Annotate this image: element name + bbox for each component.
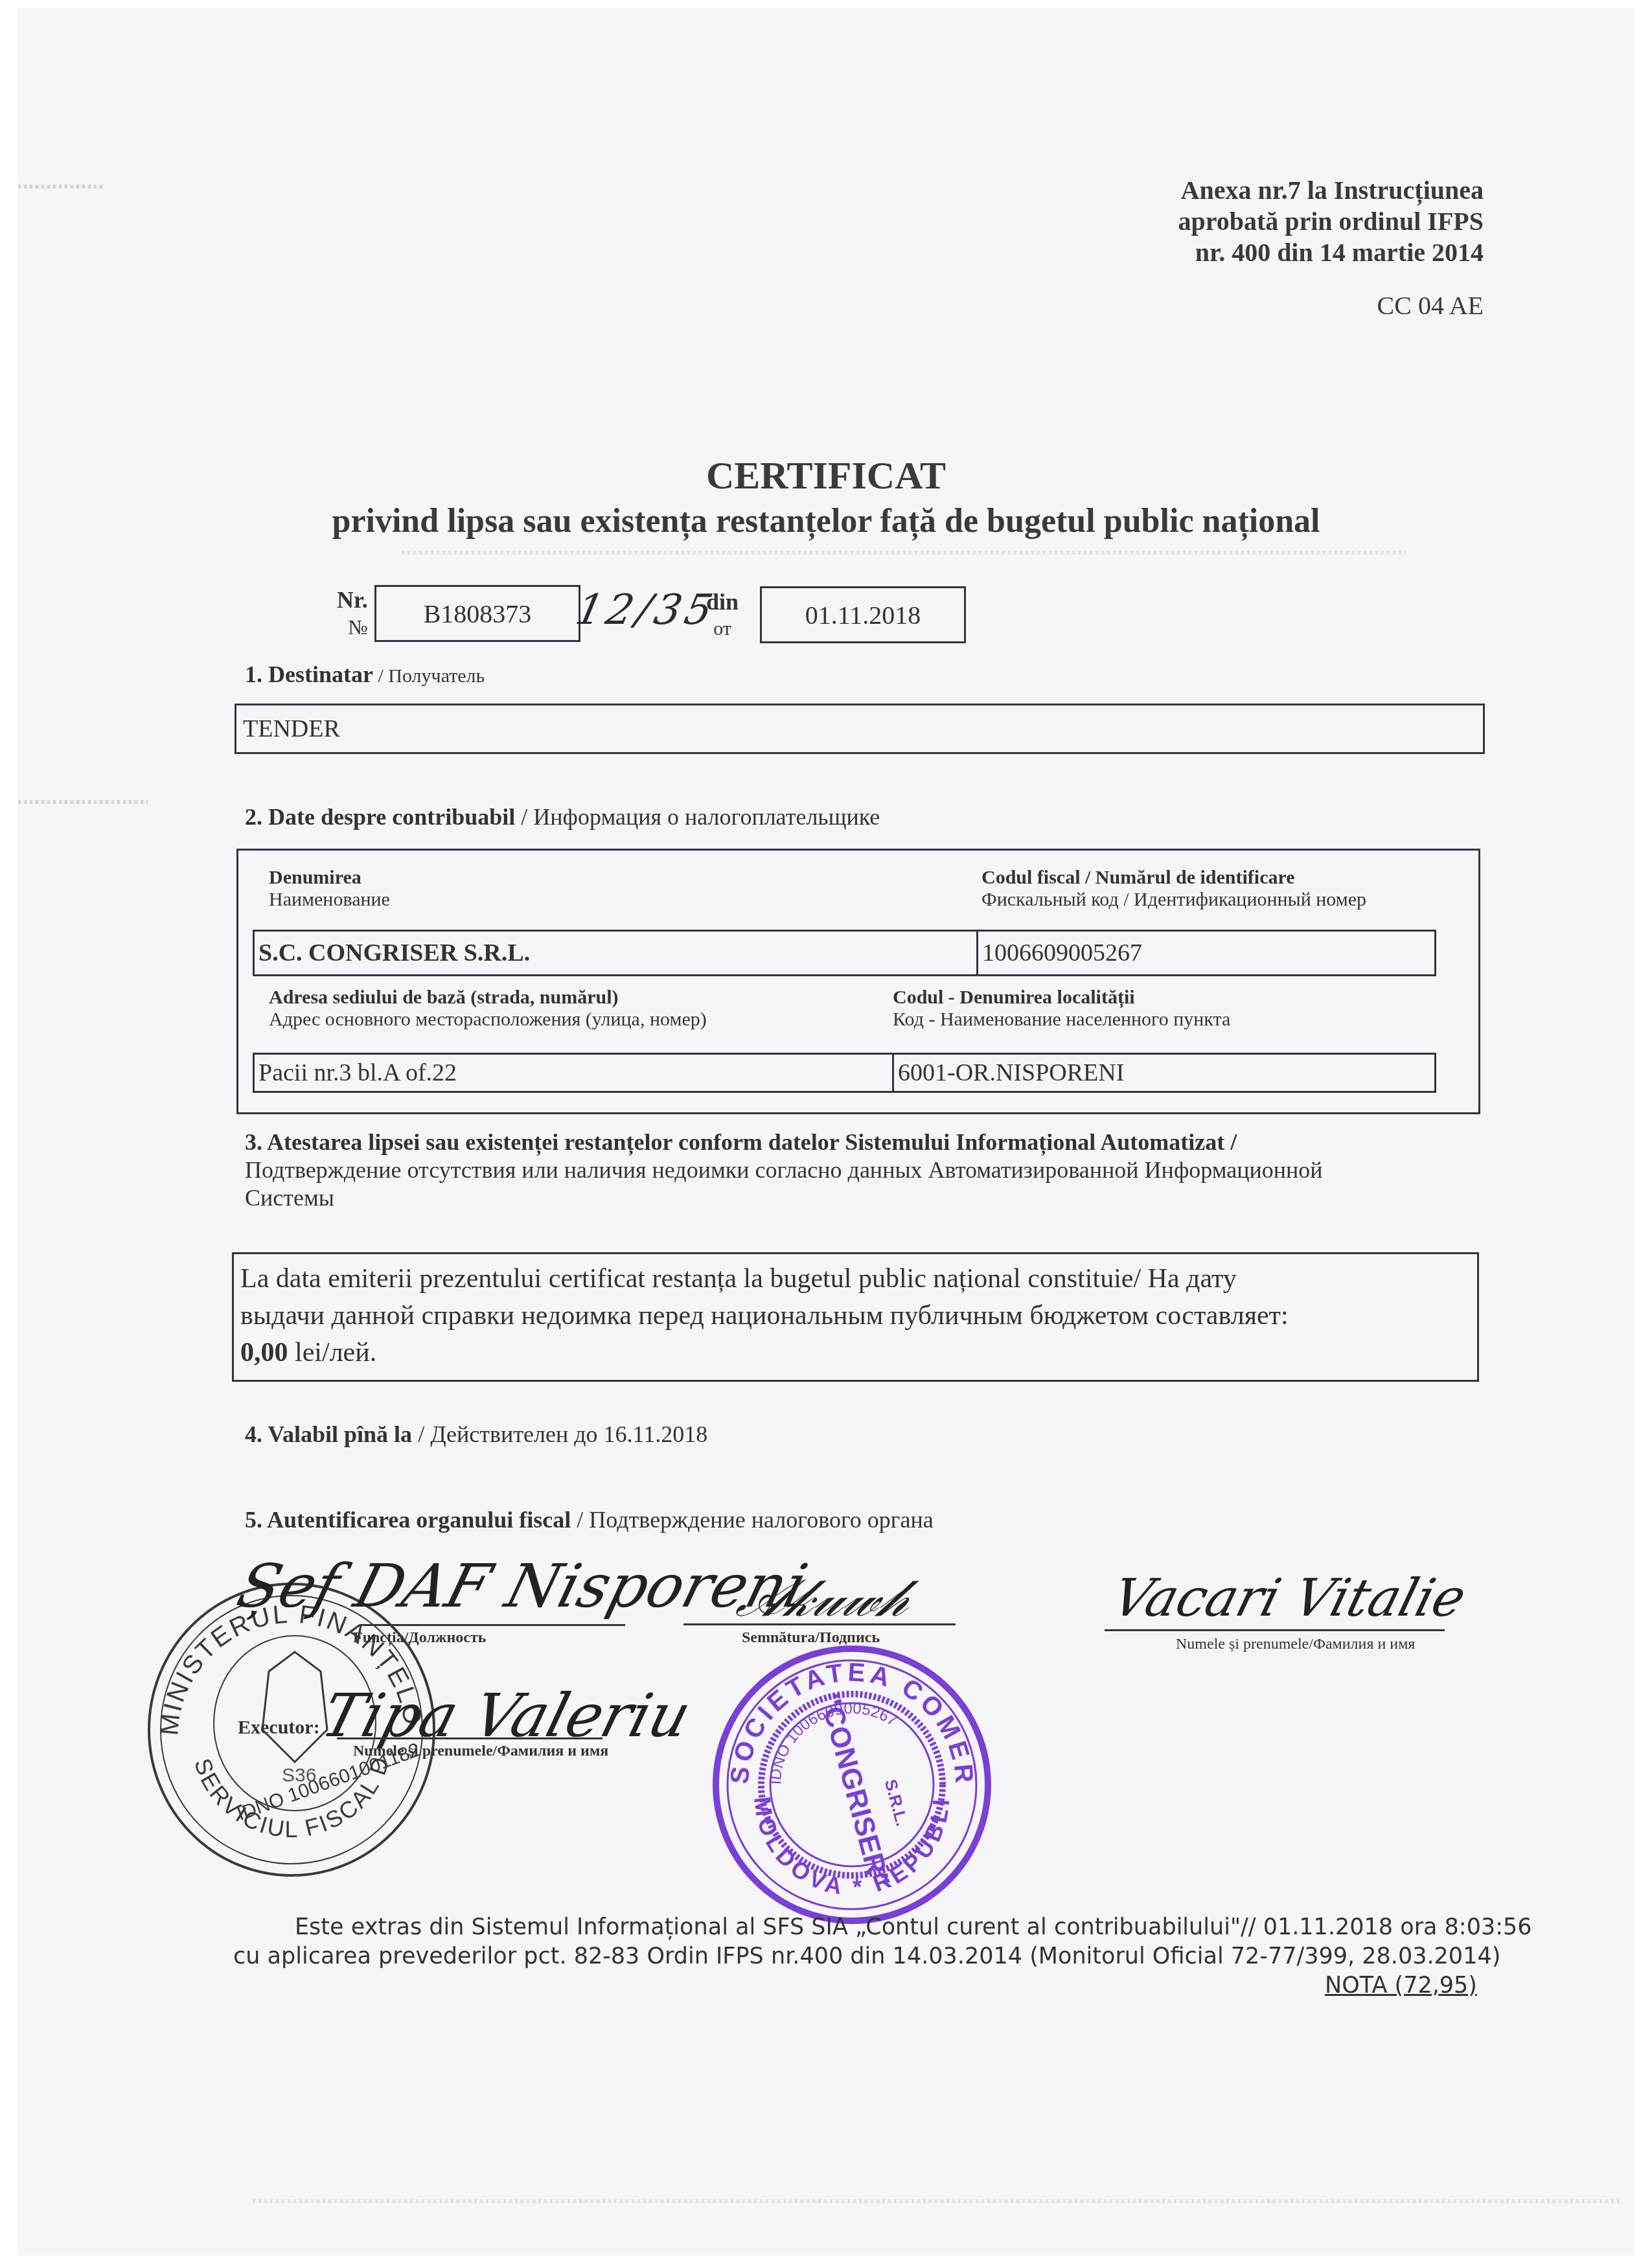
address-field: Pacii nr.3 bl.A of.22	[253, 1053, 894, 1093]
annex-line: nr. 400 din 14 martie 2014	[1030, 237, 1484, 268]
locality-label-ru: Код - Наименование населенного пункта	[893, 1009, 1230, 1030]
section-5-title-ru: / Подтверждение налогового органа	[571, 1507, 933, 1533]
handwritten-executor-name: Tipa Valeriu	[315, 1681, 698, 1750]
statement-line: La data emiterii prezentului certificat …	[240, 1261, 1471, 1298]
handwritten-name: Vacari Vitalie	[1107, 1568, 1473, 1628]
name-label-ro: Denumirea	[269, 867, 361, 888]
date-label-ro: din	[706, 588, 739, 615]
fiscal-code-label-ru: Фискальный код / Идентификационный номер	[981, 889, 1366, 910]
section-5-title-ro: 5. Autentificarea organului fiscal	[245, 1507, 571, 1533]
arrears-amount: 0,00 lei/лей.	[240, 1334, 1471, 1371]
document-subtitle: privind lipsa sau existența restanțelor …	[0, 502, 1652, 540]
function-caption: Funcția/Должность	[353, 1629, 486, 1647]
address-label-ru: Адрес основного месторасположения (улица…	[269, 1009, 707, 1030]
number-label-ru: №	[337, 613, 368, 641]
section-1-title-ru: / Получатель	[373, 665, 485, 687]
number-label-ro: Nr.	[337, 586, 368, 613]
amount-currency: lei/лей.	[288, 1338, 377, 1368]
number-label: Nr. №	[337, 586, 368, 641]
section-3-title-ro: 3. Atestarea lipsei sau existenței resta…	[245, 1129, 1237, 1155]
name-label: Denumirea Наименование	[269, 867, 390, 911]
locality-label: Codul - Denumirea localității Код - Наим…	[893, 987, 1230, 1031]
company-stamp: SOCIETATEA COMERCIALĂ MOLDOVA * REPUBLIC…	[709, 1642, 994, 1927]
locality-label-ro: Codul - Denumirea localității	[893, 987, 1135, 1008]
fiscal-code-field: 1006609005267	[976, 930, 1436, 976]
footer-nota: NOTA (72,95)	[1325, 1973, 1477, 1999]
handwritten-function: Șef DAF Nisporeni	[231, 1552, 814, 1621]
section-4-validity: 4. Valabil pînă la / Действителен до 16.…	[245, 1421, 707, 1448]
section-3-title-ru: Подтверждение отсутствия или наличия нед…	[245, 1157, 1323, 1183]
document-title: CERTIFICAT	[0, 453, 1652, 498]
section-1-heading: 1. Destinatar / Получатель	[245, 661, 485, 688]
name-caption: Numele și prenumele/Фамилия и имя	[1176, 1636, 1415, 1653]
arrears-statement-box: La data emiterii prezentului certificat …	[232, 1252, 1479, 1382]
fiscal-code-label-ro: Codul fiscal / Numărul de identificare	[981, 867, 1295, 888]
form-code: CC 04 AE	[1377, 290, 1484, 321]
name-label-ru: Наименование	[269, 889, 390, 910]
amount-value: 0,00	[240, 1338, 288, 1368]
date-label: din от	[706, 588, 739, 643]
executor-caption: Numele și prenumele/Фамилия и имя	[353, 1743, 608, 1760]
address-label: Adresa sediului de bază (strada, numărul…	[269, 987, 707, 1031]
validity-label-ro: 4. Valabil pînă la	[245, 1421, 412, 1447]
locality-field: 6001-OR.NISPORENI	[892, 1053, 1436, 1093]
handwritten-registration-number: 12/35	[571, 586, 720, 634]
footer-line-2: cu aplicarea prevederilor pct. 82-83 Ord…	[233, 1943, 1500, 1969]
recipient-field: TENDER	[235, 704, 1485, 754]
scan-artifact	[18, 185, 102, 189]
statement-line: выдачи данной справки недоимка перед нац…	[240, 1298, 1471, 1334]
annex-line: Anexa nr.7 la Instrucțiunea	[1030, 175, 1484, 206]
company-stamp-center-sub: S.R.L.	[881, 1777, 912, 1828]
section-2-title-ru: / Информация о налогоплательщике	[515, 804, 880, 830]
executor-label: Executor:	[238, 1717, 320, 1739]
date-label-ru: от	[706, 615, 739, 643]
issue-date-field: 01.11.2018	[760, 586, 966, 643]
annex-line: aprobată prin ordinul IFPS	[1030, 206, 1484, 237]
validity-label-ru: / Действителен до 16.11.2018	[412, 1421, 707, 1447]
section-3-title-ru-cont: Системы	[245, 1185, 334, 1211]
function-signature-line	[360, 1624, 625, 1626]
certificate-number-field: B1808373	[374, 585, 580, 642]
name-signature-line	[1105, 1629, 1445, 1631]
scan-artifact	[18, 800, 148, 804]
fiscal-stamp-center: S36	[282, 1765, 316, 1786]
section-2-title-ro: 2. Date despre contribuabil	[245, 804, 515, 830]
fiscal-code-label: Codul fiscal / Numărul de identificare Ф…	[981, 867, 1366, 911]
signature-line	[683, 1623, 956, 1625]
section-5-heading: 5. Autentificarea organului fiscal / Под…	[245, 1506, 934, 1533]
handwritten-signature: 𝒜𝓀𝓊𝓌𝒽	[730, 1568, 918, 1629]
section-3-heading: 3. Atestarea lipsei sau existenței resta…	[245, 1128, 1495, 1212]
scan-artifact	[253, 2199, 1620, 2203]
taxpayer-info-panel: Denumirea Наименование Codul fiscal / Nu…	[236, 849, 1480, 1114]
taxpayer-name-field: S.C. CONGRISER S.R.L.	[253, 930, 978, 976]
section-2-heading: 2. Date despre contribuabil / Информация…	[245, 803, 880, 830]
section-1-title-ro: 1. Destinatar	[245, 661, 373, 687]
annex-reference: Anexa nr.7 la Instrucțiunea aprobată pri…	[1030, 175, 1484, 268]
executor-signature-line	[337, 1737, 602, 1739]
scan-artifact	[402, 551, 1406, 555]
footer-line-1: Este extras din Sistemul Informațional a…	[295, 1914, 1532, 1940]
address-label-ro: Adresa sediului de bază (strada, numărul…	[269, 987, 619, 1008]
